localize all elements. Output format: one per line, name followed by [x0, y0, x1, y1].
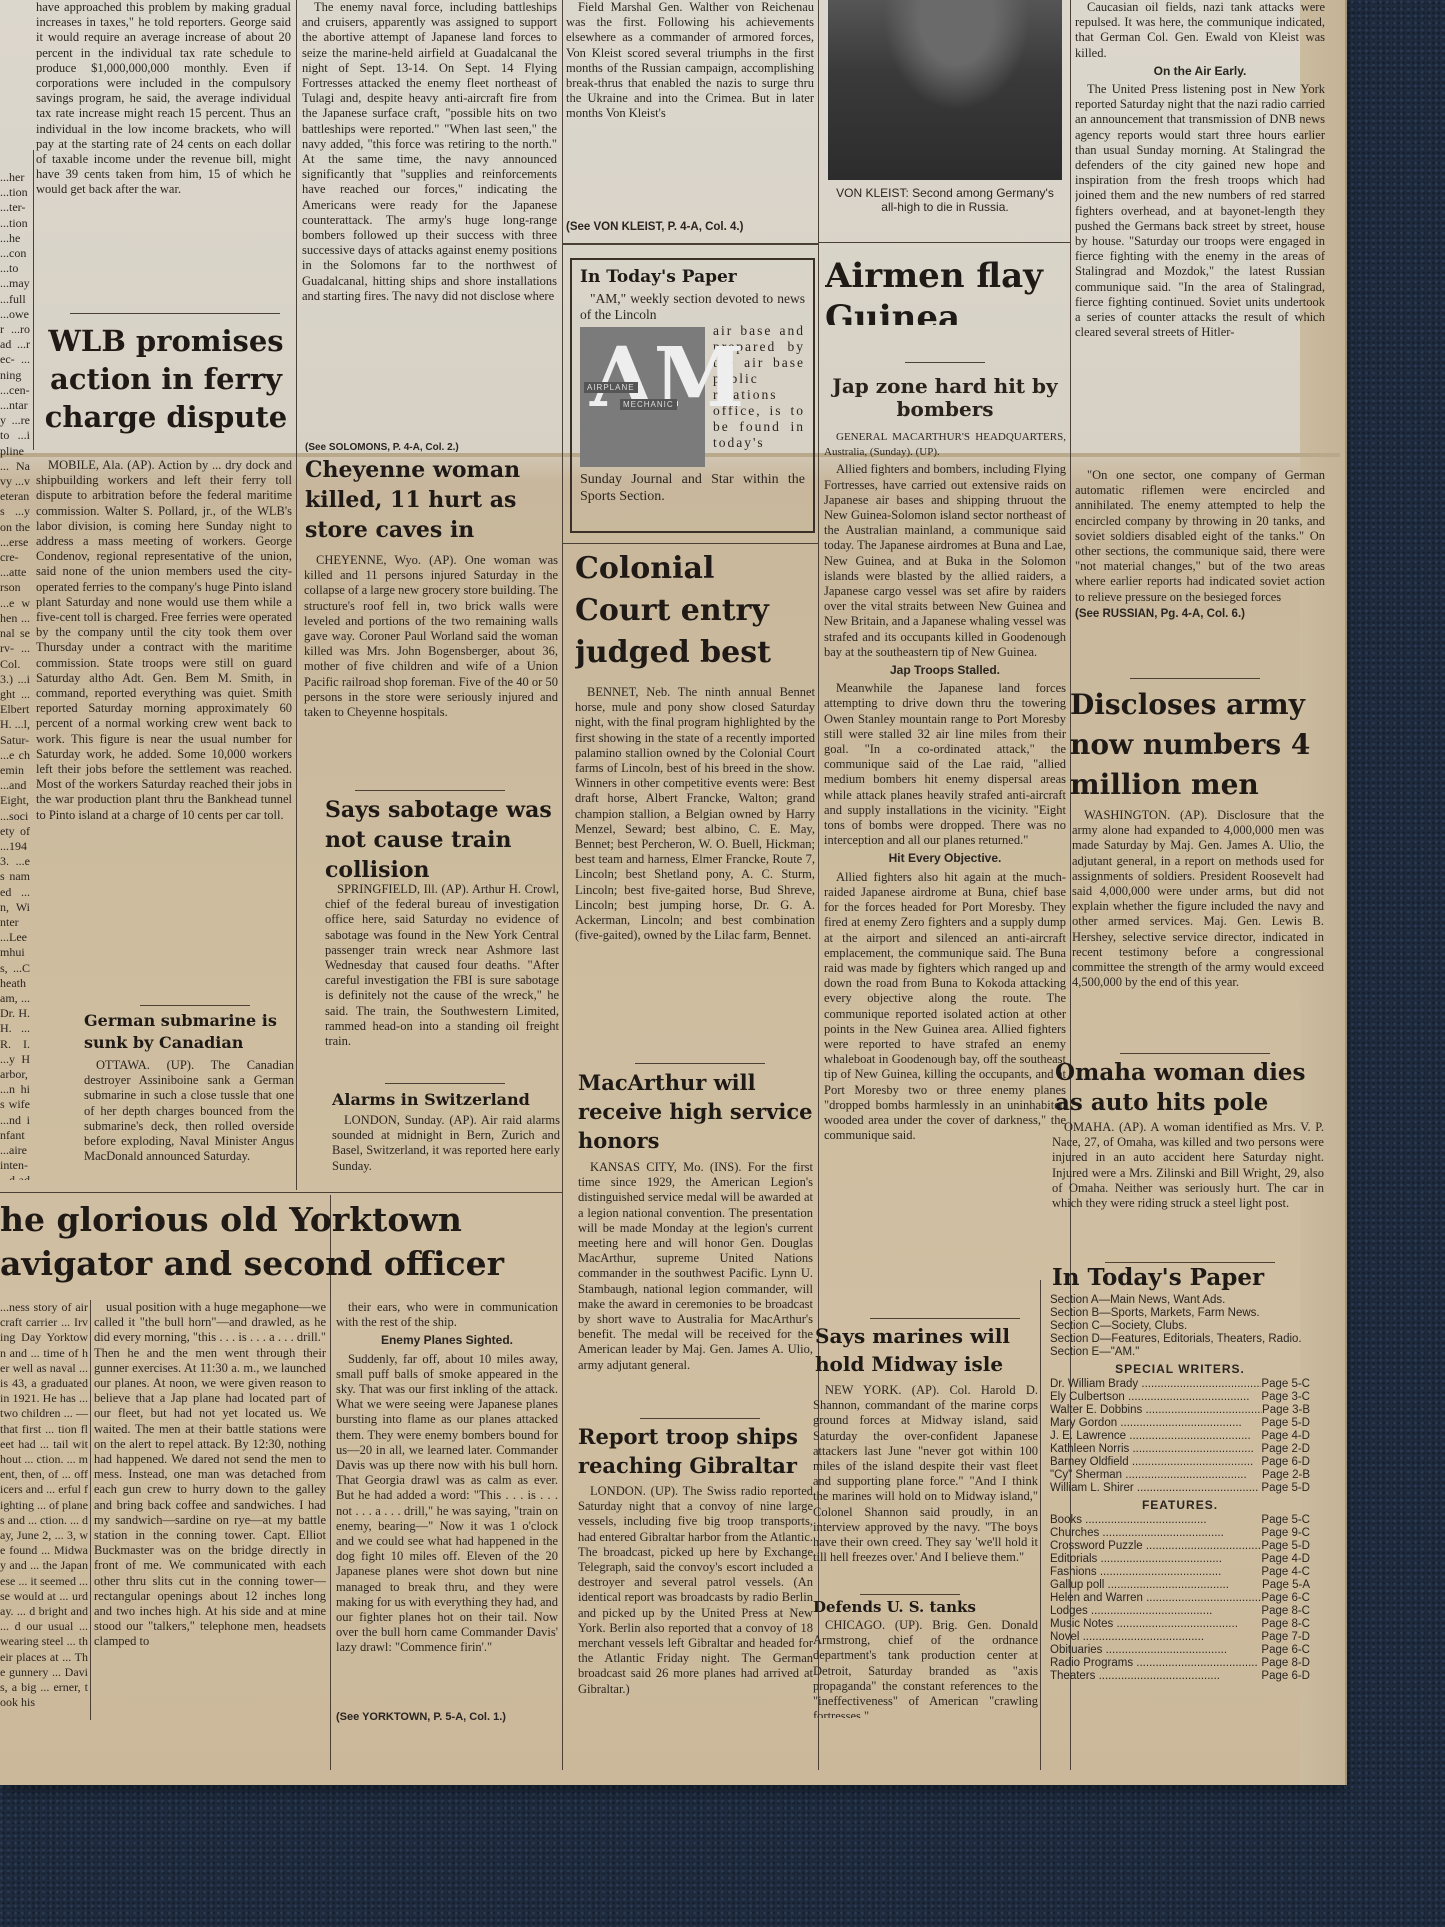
airmen-subhead-objective: Hit Every Objective. [824, 851, 1066, 866]
wlb-text: MOBILE, Ala. (AP). Action by ... dry doc… [36, 458, 292, 823]
divider [905, 362, 985, 363]
index-row: NovelPage 7-D [1050, 1631, 1310, 1644]
omaha-text: OMAHA. (AP). A woman identified as Mrs. … [1052, 1120, 1324, 1211]
midway-text: NEW YORK. (AP). Col. Harold D. Shannon, … [813, 1383, 1038, 1565]
index-row: "Cy" ShermanPage 2-B [1050, 1469, 1310, 1482]
index-section-c: Section C—Society, Clubs. [1050, 1320, 1310, 1333]
yorktown-subhead: Enemy Planes Sighted. [336, 1333, 558, 1348]
omaha-headline-block: Omaha woman dies as auto hits pole [1055, 1058, 1327, 1118]
index-row: Crossword PuzzlePage 5-D [1050, 1540, 1310, 1553]
von-kleist-article: Field Marshal Gen. Walther von Reichenau… [566, 0, 814, 218]
divider [1120, 1053, 1270, 1054]
gibraltar-headline-block: Report troop ships reaching Gibraltar [578, 1422, 816, 1484]
tanks-text: CHICAGO. (UP). Brig. Gen. Donald Armstro… [813, 1618, 1038, 1718]
army-headline: Discloses army now numbers 4 million men [1070, 685, 1325, 805]
submarine-headline-block: German submarine is sunk by Canadian des… [84, 1010, 294, 1055]
index-row: J. E. LawrencePage 4-D [1050, 1430, 1310, 1443]
am-logo-image: AM AIRPLANE MECHANIC [580, 327, 705, 467]
tanks-headline: Defends U. S. tanks [813, 1598, 1038, 1616]
macarthur-headline: MacArthur will receive high service hono… [578, 1068, 813, 1155]
yorktown-middle-column: usual position with a huge megaphone—we … [94, 1300, 326, 1720]
solomons-article: The enemy naval force, including battles… [302, 0, 557, 440]
index-row: LodgesPage 8-C [1050, 1605, 1310, 1618]
von-kleist-photo [828, 0, 1062, 180]
macarthur-headline-block: MacArthur will receive high service hono… [578, 1068, 813, 1158]
submarine-headline: German submarine is sunk by Canadian des… [84, 1010, 294, 1055]
airmen-text2: Meanwhile the Japanese land forces attem… [824, 681, 1066, 848]
am-box-text-c: Sunday Journal and Star within the Sport… [580, 471, 805, 505]
divider [818, 242, 1070, 243]
colonial-headline-block: Colonial Court entry judged best palamin… [575, 548, 815, 678]
index-row: Helen and WarrenPage 6-C [1050, 1592, 1310, 1605]
yorktown-headline-block: he glorious old Yorktown avigator and se… [0, 1198, 560, 1293]
left-edge-fragments: ...her ...tion ...ter- ...tion ...he ...… [0, 170, 30, 1180]
army-text: WASHINGTON. (AP). Disclosure that the ar… [1072, 808, 1324, 990]
am-section-box: In Today's Paper "AM," weekly section de… [570, 258, 815, 533]
index-row: Radio ProgramsPage 8-D [1050, 1657, 1310, 1670]
russian-continued: "On one sector, one company of German au… [1075, 468, 1325, 673]
switzerland-headline: Alarms in Switzerland [332, 1090, 560, 1110]
index-row: Kathleen NorrisPage 2-D [1050, 1443, 1310, 1456]
wlb-headline-block: WLB promises action in ferry charge disp… [40, 322, 292, 452]
index-title: In Today's Paper [1052, 1265, 1310, 1290]
index-section-d: Section D—Features, Editorials, Theaters… [1050, 1333, 1310, 1346]
yorktown-text-right2: Suddenly, far off, about 10 miles away, … [336, 1352, 558, 1656]
switzerland-article: LONDON, Sunday. (AP). Air raid alarms so… [332, 1113, 560, 1188]
cheyenne-article: CHEYENNE, Wyo. (AP). One woman was kille… [304, 553, 558, 788]
index-row: ChurchesPage 9-C [1050, 1527, 1310, 1540]
divider [355, 790, 505, 791]
am-logo-tag-airplane: AIRPLANE [584, 382, 638, 393]
index-row: TheatersPage 6-D [1050, 1670, 1310, 1683]
tanks-headline-block: Defends U. S. tanks [813, 1598, 1038, 1618]
colonial-article: BENNET, Neb. The ninth annual Bennet hor… [575, 685, 815, 1060]
submarine-article: OTTAWA. (UP). The Canadian destroyer Ass… [84, 1058, 294, 1183]
gibraltar-article: LONDON. (UP). The Swiss radio reported S… [578, 1484, 813, 1769]
divider [70, 313, 280, 314]
submarine-text: OTTAWA. (UP). The Canadian destroyer Ass… [84, 1058, 294, 1164]
omaha-headline: Omaha woman dies as auto hits pole [1055, 1058, 1327, 1118]
midway-article: NEW YORK. (AP). Col. Harold D. Shannon, … [813, 1383, 1038, 1593]
divider [1130, 678, 1260, 679]
sabotage-headline-block: Says sabotage was not cause train collis… [325, 795, 560, 885]
yorktown-left-fragment: ...ness story of aircraft carrier ... Ir… [0, 1300, 88, 1720]
midway-headline: Says marines will hold Midway isle [815, 1322, 1040, 1378]
gibraltar-headline: Report troop ships reaching Gibraltar [578, 1422, 816, 1480]
solomons-article-text: The enemy naval force, including battles… [302, 0, 557, 304]
yorktown-headline-line1: he glorious old Yorktown [0, 1198, 560, 1242]
am-logo-tag-mechanic: MECHANIC [620, 399, 677, 410]
russian-article: Caucasian oil fields, nazi tank attacks … [1075, 0, 1325, 450]
index-row: Music NotesPage 8-C [1050, 1618, 1310, 1631]
airmen-subheadline: Jap zone hard hit by bombers [830, 375, 1060, 421]
midway-headline-block: Says marines will hold Midway isle [815, 1322, 1040, 1384]
am-box-text-a: "AM," weekly section devoted to news of … [580, 291, 805, 323]
writers-title: SPECIAL WRITERS. [1050, 1363, 1310, 1376]
index-section-e: Section E—"AM." [1050, 1346, 1310, 1359]
index-row: EditorialsPage 4-D [1050, 1553, 1310, 1566]
photo-caption: VON KLEIST: Second among Germany's all-h… [828, 186, 1062, 214]
index-row: Walter E. DobbinsPage 3-B [1050, 1404, 1310, 1417]
divider [562, 243, 818, 245]
tax-article-text: have approached this problem by making g… [36, 0, 291, 310]
sabotage-text: SPRINGFIELD, Ill. (AP). Arthur H. Crowl,… [325, 882, 559, 1049]
macarthur-text: KANSAS CITY, Mo. (INS). For the first ti… [578, 1160, 813, 1373]
yorktown-jump: (See YORKTOWN, P. 5-A, Col. 1.) [336, 1710, 561, 1726]
divider [140, 1005, 250, 1006]
solomons-jump: (See SOLOMONS, P. 4-A, Col. 2.) [305, 440, 560, 454]
yorktown-text-mid: usual position with a huge megaphone—we … [94, 1300, 326, 1650]
wlb-headline: WLB promises action in ferry charge disp… [40, 322, 292, 436]
index-row: Dr. William BradyPage 5-C [1050, 1378, 1310, 1391]
yorktown-text-right: their ears, who were in communication wi… [336, 1300, 558, 1330]
cheyenne-text: CHEYENNE, Wyo. (AP). One woman was kille… [304, 553, 558, 720]
switzerland-headline-block: Alarms in Switzerland [332, 1090, 560, 1112]
index-row: ObituariesPage 6-C [1050, 1644, 1310, 1657]
von-kleist-jump: (See VON KLEIST, P. 4-A, Col. 4.) [566, 220, 816, 236]
column-rule [90, 1300, 91, 1720]
airmen-text: Allied fighters and bombers, including F… [824, 462, 1066, 660]
divider [385, 1083, 505, 1084]
yorktown-headline-line2: avigator and second officer [0, 1242, 560, 1286]
colonial-text: BENNET, Neb. The ninth annual Bennet hor… [575, 685, 815, 943]
index-row: Gallup pollPage 5-A [1050, 1579, 1310, 1592]
airmen-dateline: GENERAL MACARTHUR'S HEADQUARTERS, Austra… [824, 430, 1066, 460]
am-box-title: In Today's Paper [580, 268, 805, 287]
yorktown-right-column: their ears, who were in communication wi… [336, 1300, 558, 1710]
divider [635, 1063, 765, 1064]
russian-jump: (See RUSSIAN, Pg. 4-A, Col. 6.) [1075, 607, 1325, 622]
army-article: WASHINGTON. (AP). Disclosure that the ar… [1072, 808, 1324, 1053]
index-row: FashionsPage 4-C [1050, 1566, 1310, 1579]
index-sections: Section A—Main News, Want Ads. Section B… [1050, 1294, 1310, 1359]
divider [1105, 1262, 1275, 1263]
airmen-headline-block: Airmen flay Guinea bases [825, 255, 1065, 325]
gibraltar-text: LONDON. (UP). The Swiss radio reported S… [578, 1484, 813, 1697]
von-kleist-article-text: Field Marshal Gen. Walther von Reichenau… [566, 0, 814, 122]
index-section-a: Section A—Main News, Want Ads. [1050, 1294, 1310, 1307]
russian-text: Caucasian oil fields, nazi tank attacks … [1075, 0, 1325, 61]
newspaper-page: ...her ...tion ...ter- ...tion ...he ...… [0, 0, 1340, 1785]
index-row: Ely CulbertsonPage 3-C [1050, 1391, 1310, 1404]
index-section-b: Section B—Sports, Markets, Farm News. [1050, 1307, 1310, 1320]
todays-paper-index: In Today's Paper Section A—Main News, Wa… [1050, 1265, 1310, 1735]
column-rule [562, 0, 563, 1770]
divider [640, 1418, 760, 1419]
divider [0, 1192, 562, 1193]
sabotage-article: SPRINGFIELD, Ill. (AP). Arthur H. Crowl,… [325, 882, 559, 1077]
omaha-article: OMAHA. (AP). A woman identified as Mrs. … [1052, 1120, 1324, 1255]
army-headline-block: Discloses army now numbers 4 million men [1070, 685, 1325, 810]
macarthur-article: KANSAS CITY, Mo. (INS). For the first ti… [578, 1160, 813, 1415]
russian-text2: The United Press listening post in New Y… [1075, 82, 1325, 340]
russian-subhead: On the Air Early. [1075, 64, 1325, 79]
tanks-article: CHICAGO. (UP). Brig. Gen. Donald Armstro… [813, 1618, 1038, 1718]
airmen-subhead-troops: Jap Troops Stalled. [824, 663, 1066, 678]
index-row: BooksPage 5-C [1050, 1514, 1310, 1527]
cheyenne-headline-block: Cheyenne woman killed, 11 hurt as store … [305, 455, 560, 555]
airmen-text3: Allied fighters also hit again at the mu… [824, 870, 1066, 1144]
divider [860, 1594, 960, 1595]
sabotage-headline: Says sabotage was not cause train collis… [325, 795, 560, 885]
russian-cont-text: "On one sector, one company of German au… [1075, 468, 1325, 605]
index-row: Barney OldfieldPage 6-D [1050, 1456, 1310, 1469]
divider [870, 1318, 1020, 1319]
column-rule [296, 0, 297, 1190]
cheyenne-headline: Cheyenne woman killed, 11 hurt as store … [305, 455, 560, 545]
airmen-headline: Airmen flay Guinea bases [825, 255, 1065, 325]
colonial-headline: Colonial Court entry judged best palamin… [575, 548, 815, 678]
index-row: Mary GordonPage 5-D [1050, 1417, 1310, 1430]
index-row: William L. ShirerPage 5-D [1050, 1482, 1310, 1495]
switzerland-text: LONDON, Sunday. (AP). Air raid alarms so… [332, 1113, 560, 1174]
column-rule [33, 150, 34, 450]
wlb-article: MOBILE, Ala. (AP). Action by ... dry doc… [36, 458, 292, 1010]
divider [562, 543, 818, 544]
features-title: FEATURES. [1050, 1499, 1310, 1512]
